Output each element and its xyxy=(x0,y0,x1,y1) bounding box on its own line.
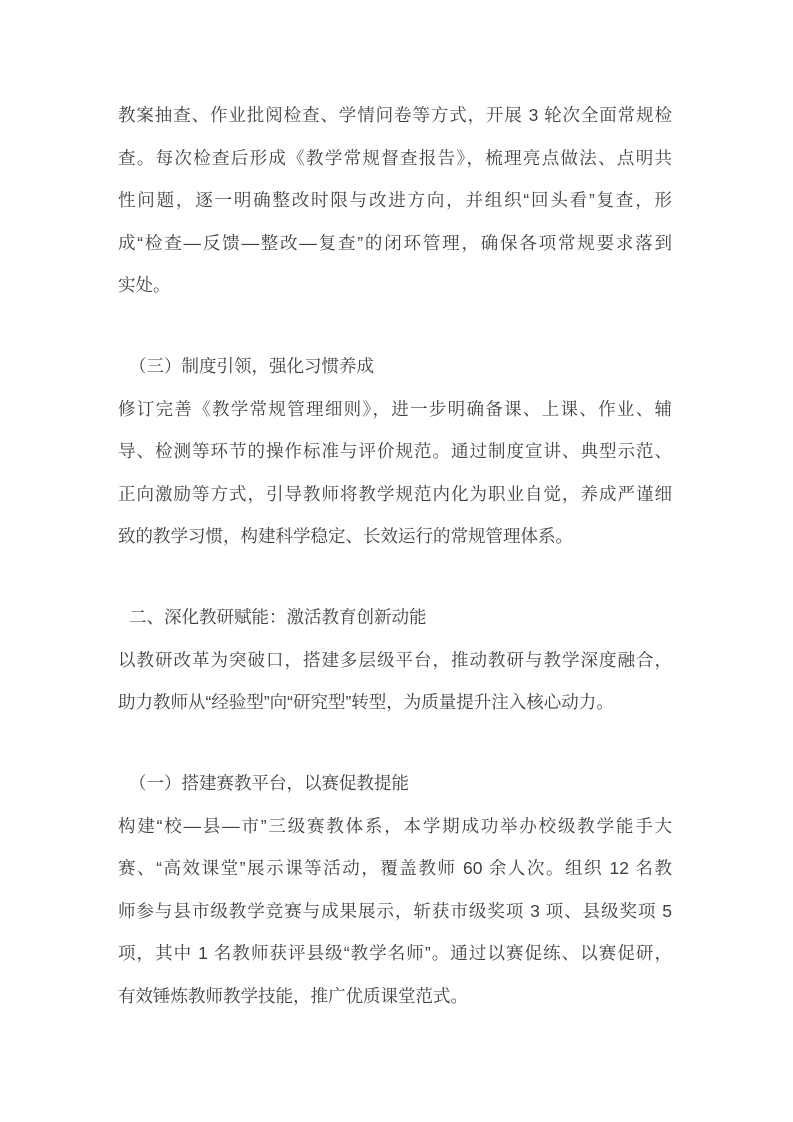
heading-section-3-institution-guidance: （三）制度引领，强化习惯养成 xyxy=(118,345,672,388)
text-line: 实处。 xyxy=(118,264,672,307)
text-line: 师参与县市级教学竞赛与成果展示，斩获市级奖项 3 项、县级奖项 5 xyxy=(118,890,672,933)
text-line: 正向激励等方式，引导教师将教学规范内化为职业自觉，养成严谨细 xyxy=(118,473,672,516)
text-line: 性问题，逐一明确整改时限与改进方向，并组织“回头看”复查，形 xyxy=(118,179,672,222)
text-line: 查。每次检查后形成《教学常规督查报告》，梳理亮点做法、点明共 xyxy=(118,137,672,180)
paragraph-routine-inspection-continued: 教案抽查、作业批阅检查、学情问卷等方式，开展 3 轮次全面常规检查。每次检查后形… xyxy=(118,94,672,307)
text-line: 以教研改革为突破口，搭建多层级平台，推动教研与教学深度融合， xyxy=(118,639,672,682)
text-line: 构建“校—县—市”三级赛教体系，本学期成功举办校级教学能手大 xyxy=(118,805,672,848)
text-line: 教案抽查、作业批阅检查、学情问卷等方式，开展 3 轮次全面常规检 xyxy=(118,94,672,137)
text-line: 项，其中 1 名教师获评县级“教学名师”。通过以赛促练、以赛促研， xyxy=(118,932,672,975)
page-content: 教案抽查、作业批阅检查、学情问卷等方式，开展 3 轮次全面常规检查。每次检查后形… xyxy=(118,94,672,1017)
heading-part-2-teaching-research: 二、深化教研赋能：激活教育创新动能 xyxy=(118,596,672,639)
text-line: 导、检测等环节的操作标准与评价规范。通过制度宣讲、典型示范、 xyxy=(118,430,672,473)
paragraph-institution-guidance: 修订完善《教学常规管理细则》，进一步明确备课、上课、作业、辅导、检测等环节的操作… xyxy=(118,388,672,558)
text-line: 成“检查—反馈—整改—复查”的闭环管理，确保各项常规要求落到 xyxy=(118,222,672,265)
text-line: 助力教师从“经验型”向“研究型”转型，为质量提升注入核心动力。 xyxy=(118,681,672,724)
text-line: 修订完善《教学常规管理细则》，进一步明确备课、上课、作业、辅 xyxy=(118,388,672,431)
paragraph-competition-platform: 构建“校—县—市”三级赛教体系，本学期成功举办校级教学能手大赛、“高效课堂”展示… xyxy=(118,805,672,1018)
text-line: 赛、“高效课堂”展示课等活动，覆盖教师 60 余人次。组织 12 名教 xyxy=(118,847,672,890)
text-line: 有效锤炼教师教学技能，推广优质课堂范式。 xyxy=(118,975,672,1018)
document-page: 教案抽查、作业批阅检查、学情问卷等方式，开展 3 轮次全面常规检查。每次检查后形… xyxy=(0,0,793,1122)
text-line: 致的教学习惯，构建科学稳定、长效运行的常规管理体系。 xyxy=(118,515,672,558)
paragraph-teaching-research-intro: 以教研改革为突破口，搭建多层级平台，推动教研与教学深度融合，助力教师从“经验型”… xyxy=(118,639,672,724)
heading-section-1-competition-platform: （一）搭建赛教平台，以赛促教提能 xyxy=(118,762,672,805)
